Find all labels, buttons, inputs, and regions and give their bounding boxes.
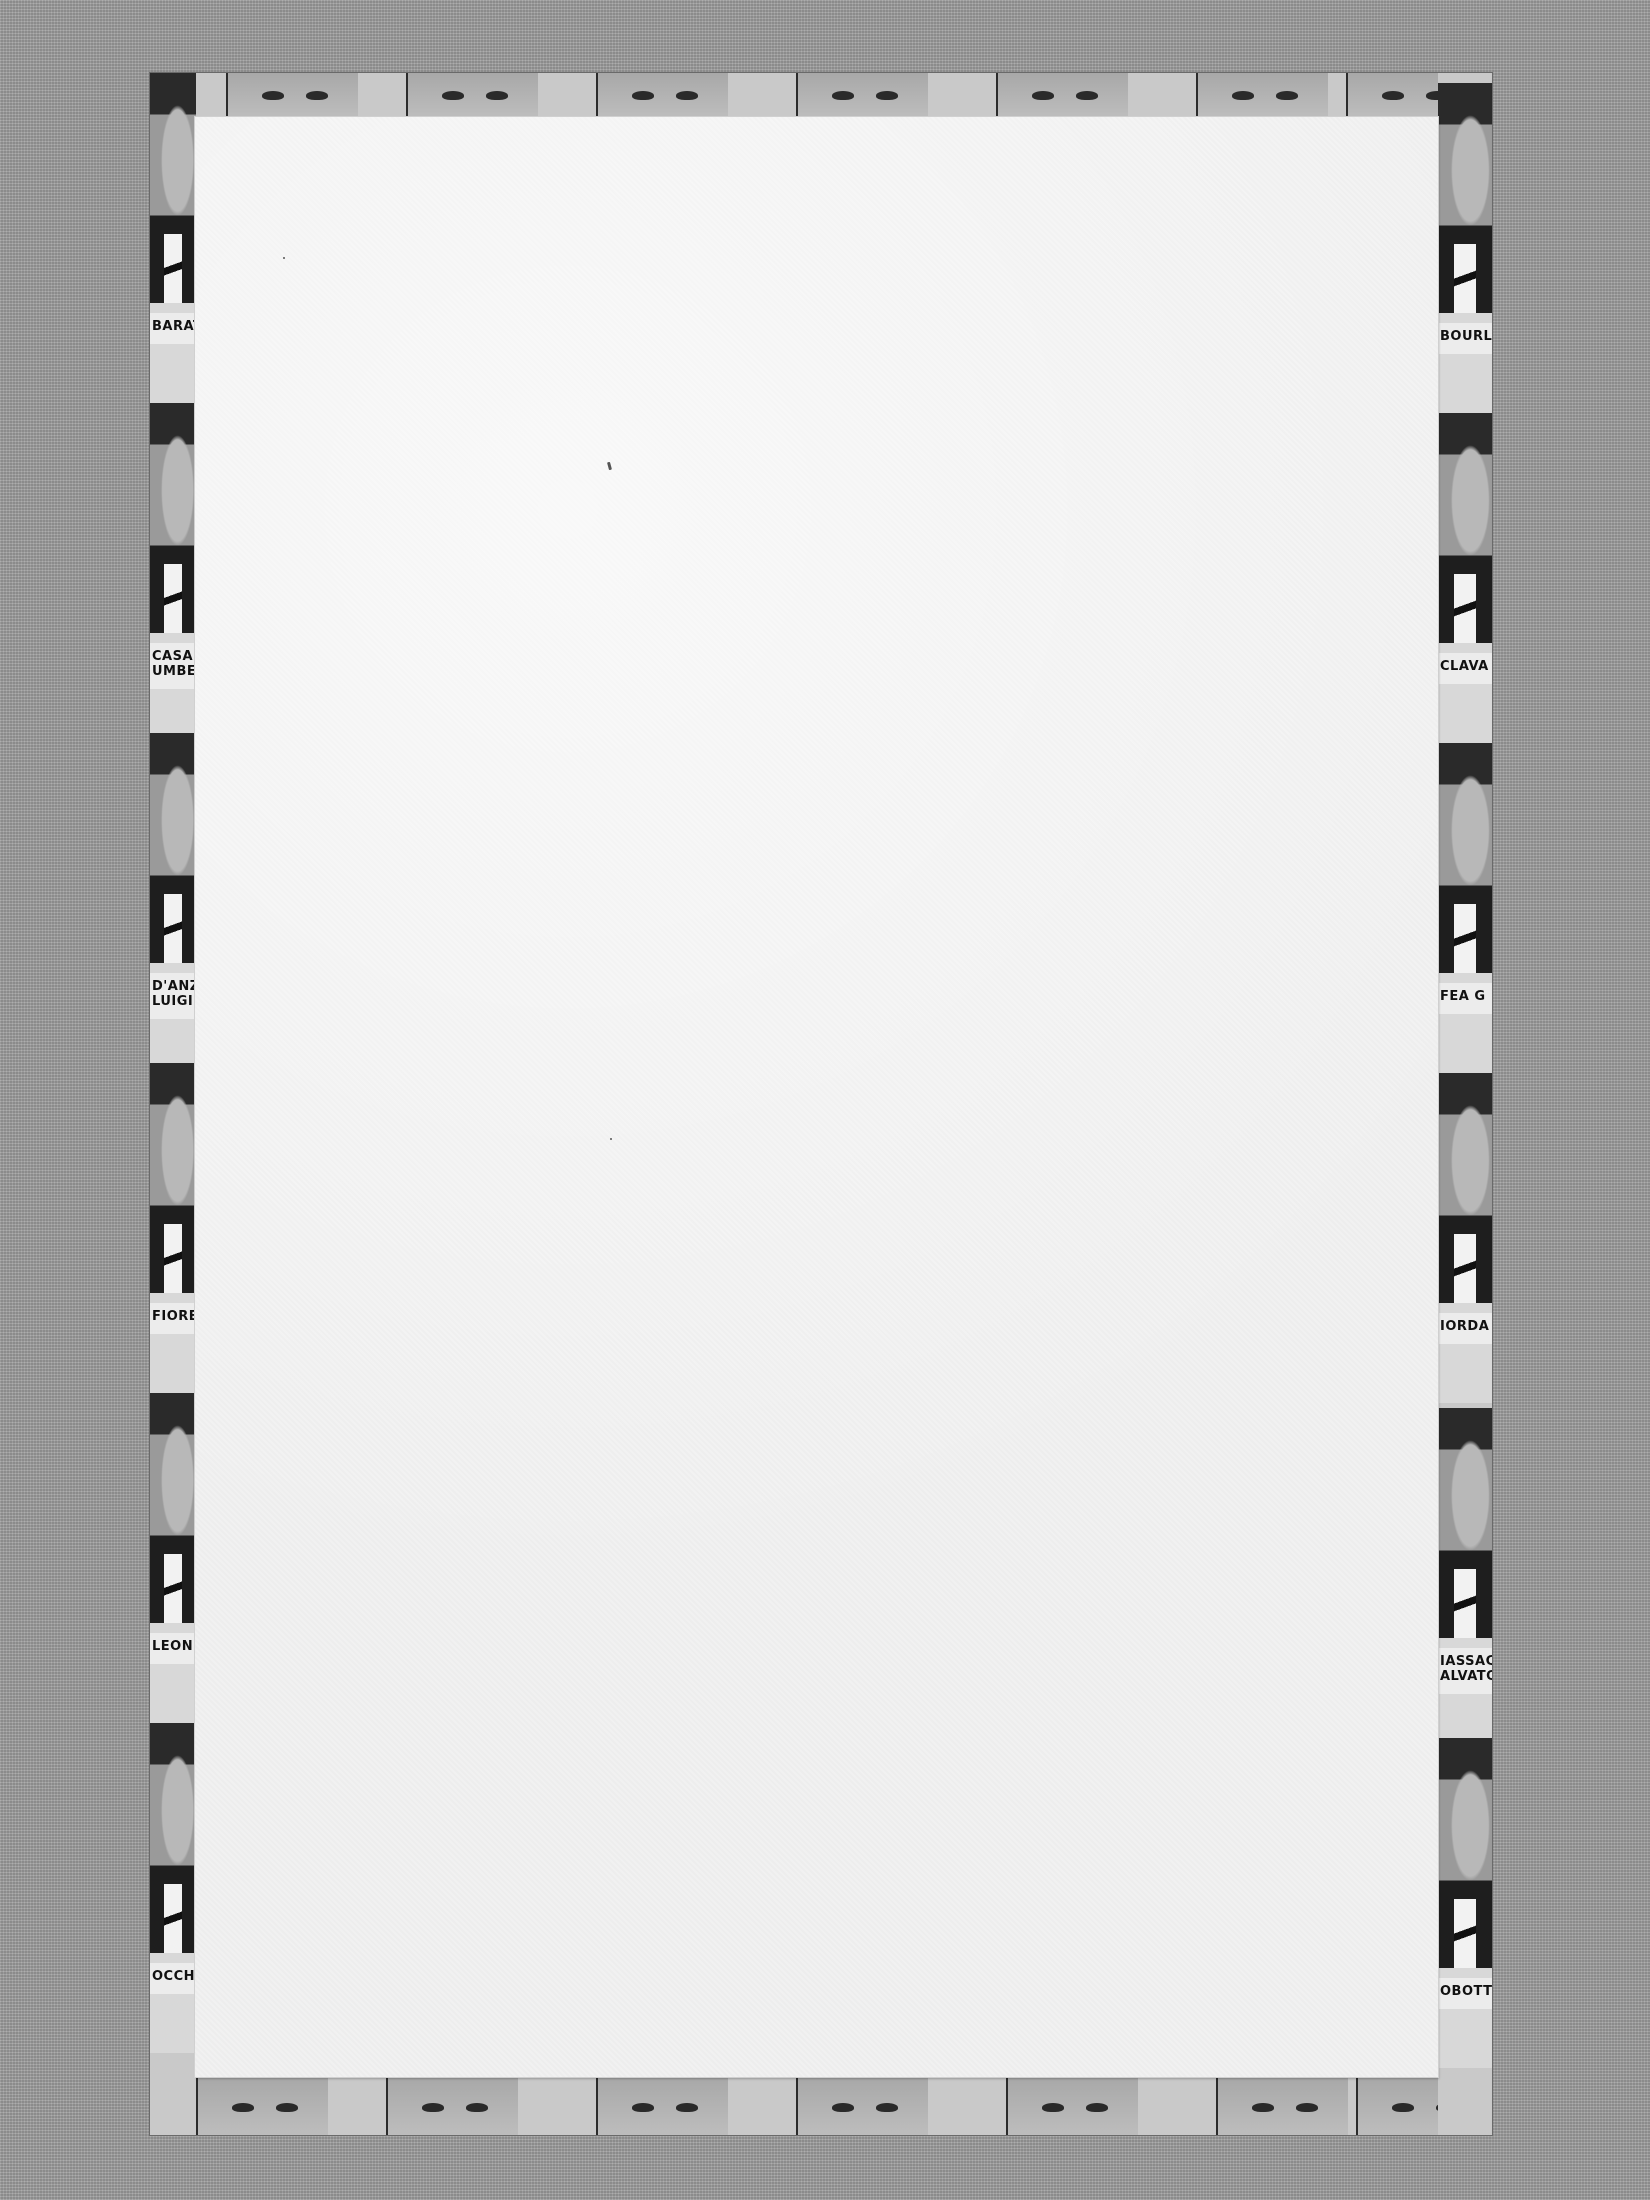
left-portrait-strip: BARAT CASAL UMBER D'ANZI LUIGI FIORET: [150, 73, 196, 2135]
portrait-photo: [150, 403, 196, 633]
portrait-tile: D'ANZI LUIGI: [150, 733, 196, 1063]
portrait-caption: IASSAC ALVATO: [1438, 1648, 1492, 1694]
portrait-tile: FEA G: [1438, 743, 1492, 1073]
portrait-caption: D'ANZI LUIGI: [150, 973, 196, 1019]
portrait-caption: OBOTTI: [1438, 1978, 1492, 2009]
caption-line: IASSAC: [1440, 1654, 1490, 1669]
portrait-caption: IORDA: [1438, 1313, 1492, 1344]
paper-speck: [607, 462, 612, 471]
top-portrait-strip: [196, 73, 1438, 117]
portrait-photo: [150, 1393, 196, 1623]
portrait-photo: [1438, 1073, 1492, 1303]
paper-speck: [283, 257, 285, 259]
portrait-eyes: [406, 73, 538, 117]
portrait-eyes: [196, 2077, 328, 2135]
portrait-photo: [150, 733, 196, 963]
portrait-eyes: [596, 2077, 728, 2135]
paper-speck: [610, 1138, 612, 1140]
portrait-caption: OCCHE: [150, 1963, 196, 1994]
portrait-caption: FEA G: [1438, 983, 1492, 1014]
portrait-eyes: [796, 2077, 928, 2135]
portrait-tile: BOURL: [1438, 83, 1492, 413]
caption-line: LUIGI: [152, 994, 194, 1009]
portrait-eyes: [1196, 73, 1328, 117]
portrait-photo: [1438, 1408, 1492, 1638]
portrait-photo: [1438, 83, 1492, 313]
portrait-tile: IASSAC ALVATO: [1438, 1408, 1492, 1738]
portrait-eyes: [226, 73, 358, 117]
portrait-caption: BARAT: [150, 313, 196, 344]
caption-line: CASAL: [152, 649, 194, 664]
portrait-tile: LEONI: [150, 1393, 196, 1723]
portrait-photo: [150, 1723, 196, 1953]
caption-line: FEA G: [1440, 989, 1490, 1004]
portrait-tile: OCCHE: [150, 1723, 196, 2053]
portrait-eyes: [386, 2077, 518, 2135]
portrait-caption: FIORET: [150, 1303, 196, 1334]
bottom-portrait-strip: [196, 2077, 1438, 2135]
caption-line: CLAVA: [1440, 659, 1490, 674]
caption-line: BOURL: [1440, 329, 1490, 344]
caption-line: FIORET: [152, 1309, 194, 1324]
portrait-caption: BOURL: [1438, 323, 1492, 354]
portrait-tile: IORDA: [1438, 1073, 1492, 1403]
portrait-caption: CASAL UMBER: [150, 643, 196, 689]
portrait-eyes: [1006, 2077, 1138, 2135]
portrait-tile: CLAVA: [1438, 413, 1492, 743]
caption-line: BARAT: [152, 319, 194, 334]
caption-line: D'ANZI: [152, 979, 194, 994]
portrait-caption: CLAVA: [1438, 653, 1492, 684]
caption-line: OBOTTI: [1440, 1984, 1490, 1999]
portrait-eyes: [796, 73, 928, 117]
portrait-photo: [1438, 1738, 1492, 1968]
portrait-photo: [150, 73, 196, 303]
portrait-photo: [1438, 743, 1492, 973]
caption-line: UMBER: [152, 664, 194, 679]
portrait-eyes: [1346, 73, 1438, 117]
portrait-caption: LEONI: [150, 1633, 196, 1664]
portrait-eyes: [1356, 2077, 1438, 2135]
portrait-photo: [150, 1063, 196, 1293]
portrait-tile: OBOTTI: [1438, 1738, 1492, 2068]
caption-line: OCCHE: [152, 1969, 194, 1984]
caption-line: ALVATO: [1440, 1669, 1490, 1684]
portrait-tile: CASAL UMBER: [150, 403, 196, 733]
right-portrait-strip: BOURL CLAVA FEA G IORDA: [1438, 73, 1492, 2135]
portrait-eyes: [996, 73, 1128, 117]
portrait-photo: [1438, 413, 1492, 643]
caption-line: LEONI: [152, 1639, 194, 1654]
caption-line: IORDA: [1440, 1319, 1490, 1334]
portrait-eyes: [596, 73, 728, 117]
portrait-tile: FIORET: [150, 1063, 196, 1393]
blank-paper-sheet: [195, 117, 1438, 2077]
portrait-tile: BARAT: [150, 73, 196, 403]
portrait-eyes: [1216, 2077, 1348, 2135]
